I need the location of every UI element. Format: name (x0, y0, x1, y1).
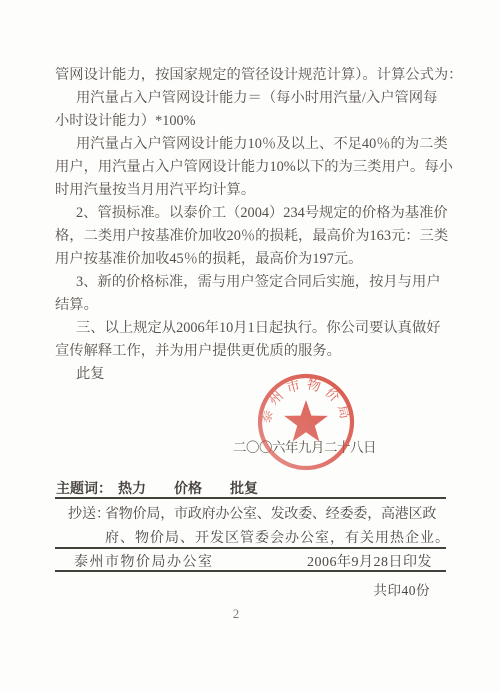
cc-text-line-2: 府、物价局、开发区管委会办公室，有关用热企业。 (105, 527, 450, 547)
body-line: 用汽量占入户管网设计能力＝（每小时用汽量/入户管网每 (55, 87, 461, 110)
body-line: 格，二类用户按基准价加收20％的损耗，最高价为163元：三类 (55, 225, 461, 248)
body-line: 宣传解释工作，并为用户提供更优质的服务。 (55, 340, 461, 363)
subject-row: 主题词：热力 价格 批复 (56, 478, 258, 498)
divider-line (55, 497, 446, 499)
cc-text-line-1: 省物价局，市政府办公室、发改委、经委委，高港区政 (105, 503, 436, 523)
page-number: 2 (226, 606, 246, 622)
signature-date: 二〇〇六年九月二十八日 (233, 436, 376, 456)
document-page: 管网设计能力，按国家规定的管径设计规范计算）。计算公式为： 用汽量占入户管网设计… (0, 0, 500, 692)
divider-line (55, 547, 446, 549)
document-body: 管网设计能力，按国家规定的管径设计规范计算）。计算公式为： 用汽量占入户管网设计… (55, 64, 461, 386)
body-line: 管网设计能力，按国家规定的管径设计规范计算）。计算公式为： (55, 64, 461, 87)
body-line: 用户，用汽量占入户管网设计能力10%以下的为三类用户。每小 (55, 156, 461, 179)
body-line: 3、新的价格标准，需与用户签定合同后实施，按月与用户 (55, 271, 461, 294)
body-line: 结算。 (55, 294, 461, 317)
subject-label: 主题词： (56, 482, 112, 497)
body-line: 时用汽量按当月用汽平均计算。 (55, 179, 461, 202)
body-line: 小时设计能力）*100% (55, 110, 461, 133)
body-line: 用汽量占入户管网设计能力10％及以上、不足40％的为二类 (55, 133, 461, 156)
cc-label: 抄送： (68, 503, 110, 523)
body-line: 用户按基准价加收45％的损耗，最高价为197元。 (55, 248, 461, 271)
copies-count: 共印40份 (374, 579, 431, 599)
body-line: 此复 (55, 363, 461, 386)
subject-terms: 热力 价格 批复 (118, 482, 258, 497)
print-date: 2006年9月28日印发 (307, 551, 432, 571)
body-line: 三、以上规定从2006年10月1日起执行。你公司要认真做好 (55, 317, 461, 340)
issuer-name: 泰州市物价局办公室 (74, 551, 214, 571)
body-line: 2、管损标准。以泰价工（2004）234号规定的价格为基准价 (55, 202, 461, 225)
divider-line (55, 570, 446, 572)
